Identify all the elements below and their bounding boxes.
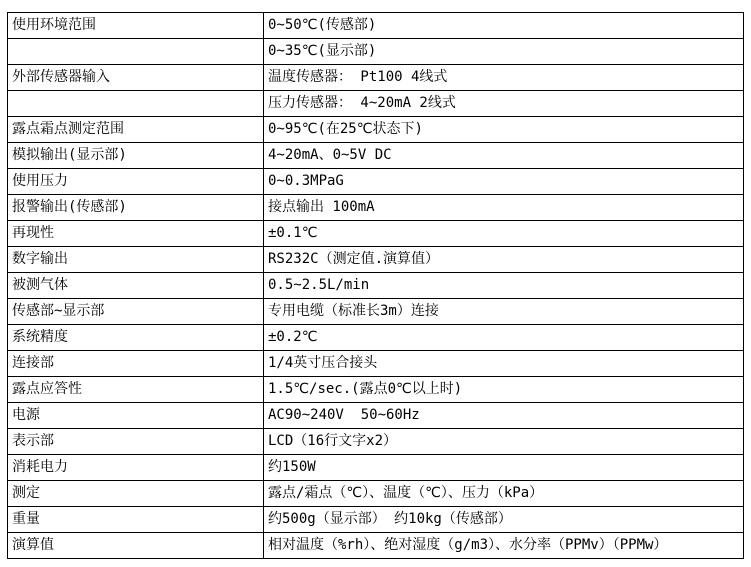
spec-value: AC90~240V 50~60Hz	[264, 403, 744, 429]
spec-label: 电源	[8, 403, 264, 429]
table-row: 连接部 1/4英寸压合接头	[8, 351, 744, 377]
spec-value: 相对温度（%rh）、绝对湿度（g/m3）、水分率（PPMv）（PPMw）	[264, 533, 744, 559]
spec-label: 外部传感器输入	[8, 65, 264, 91]
spec-value: 约500g（显示部） 约10kg（传感部）	[264, 507, 744, 533]
page: 使用环境范围 0~50℃(传感部) 0~35℃(显示部) 外部传感器输入 温度传…	[0, 0, 751, 567]
table-row: 系统精度 ±0.2℃	[8, 325, 744, 351]
table-row: 再现性 ±0.1℃	[8, 221, 744, 247]
spec-table-body: 使用环境范围 0~50℃(传感部) 0~35℃(显示部) 外部传感器输入 温度传…	[8, 13, 744, 559]
spec-label: 再现性	[8, 221, 264, 247]
spec-value: 0.5~2.5L/min	[264, 273, 744, 299]
spec-label: 测定	[8, 481, 264, 507]
spec-label	[8, 39, 264, 65]
spec-label: 传感部~显示部	[8, 299, 264, 325]
spec-label: 系统精度	[8, 325, 264, 351]
table-row: 电源 AC90~240V 50~60Hz	[8, 403, 744, 429]
table-row: 测定 露点/霜点（℃）、温度（℃）、压力（kPa）	[8, 481, 744, 507]
spec-value: 4~20mA、0~5V DC	[264, 143, 744, 169]
spec-value: 接点输出 100mA	[264, 195, 744, 221]
table-row: 露点应答性 1.5℃/sec.(露点0℃以上时)	[8, 377, 744, 403]
spec-label: 使用压力	[8, 169, 264, 195]
table-row: 使用压力 0~0.3MPaG	[8, 169, 744, 195]
table-row: 报警输出(传感部) 接点输出 100mA	[8, 195, 744, 221]
spec-value: 专用电缆（标准长3m）连接	[264, 299, 744, 325]
spec-label: 被测气体	[8, 273, 264, 299]
spec-label: 数字输出	[8, 247, 264, 273]
spec-value: 0~0.3MPaG	[264, 169, 744, 195]
spec-value: 约150W	[264, 455, 744, 481]
table-row: 消耗电力 约150W	[8, 455, 744, 481]
table-row: 0~35℃(显示部)	[8, 39, 744, 65]
spec-value: 温度传感器： Pt100 4线式	[264, 65, 744, 91]
spec-label: 露点霜点测定范围	[8, 117, 264, 143]
spec-value: ±0.2℃	[264, 325, 744, 351]
spec-value: 露点/霜点（℃）、温度（℃）、压力（kPa）	[264, 481, 744, 507]
spec-label: 使用环境范围	[8, 13, 264, 39]
table-row: 使用环境范围 0~50℃(传感部)	[8, 13, 744, 39]
spec-label: 露点应答性	[8, 377, 264, 403]
spec-value: 1/4英寸压合接头	[264, 351, 744, 377]
spec-label: 消耗电力	[8, 455, 264, 481]
spec-label	[8, 91, 264, 117]
spec-label: 重量	[8, 507, 264, 533]
spec-value: LCD（16行文字x2）	[264, 429, 744, 455]
spec-label: 报警输出(传感部)	[8, 195, 264, 221]
spec-label: 表示部	[8, 429, 264, 455]
table-row: 被测气体 0.5~2.5L/min	[8, 273, 744, 299]
table-row: 数字输出 RS232C（测定值.演算值）	[8, 247, 744, 273]
spec-value: 0~50℃(传感部)	[264, 13, 744, 39]
spec-value: 0~35℃(显示部)	[264, 39, 744, 65]
table-row: 演算值 相对温度（%rh）、绝对湿度（g/m3）、水分率（PPMv）（PPMw）	[8, 533, 744, 559]
spec-value: 1.5℃/sec.(露点0℃以上时)	[264, 377, 744, 403]
table-row: 露点霜点测定范围 0~95℃(在25℃状态下)	[8, 117, 744, 143]
spec-value: 0~95℃(在25℃状态下)	[264, 117, 744, 143]
table-row: 压力传感器： 4~20mA 2线式	[8, 91, 744, 117]
table-row: 表示部 LCD（16行文字x2）	[8, 429, 744, 455]
spec-table: 使用环境范围 0~50℃(传感部) 0~35℃(显示部) 外部传感器输入 温度传…	[7, 12, 744, 559]
table-row: 传感部~显示部 专用电缆（标准长3m）连接	[8, 299, 744, 325]
spec-label: 连接部	[8, 351, 264, 377]
spec-label: 演算值	[8, 533, 264, 559]
spec-value: ±0.1℃	[264, 221, 744, 247]
spec-value: RS232C（测定值.演算值）	[264, 247, 744, 273]
table-row: 模拟输出(显示部) 4~20mA、0~5V DC	[8, 143, 744, 169]
spec-label: 模拟输出(显示部)	[8, 143, 264, 169]
spec-value: 压力传感器： 4~20mA 2线式	[264, 91, 744, 117]
table-row: 外部传感器输入 温度传感器： Pt100 4线式	[8, 65, 744, 91]
table-row: 重量 约500g（显示部） 约10kg（传感部）	[8, 507, 744, 533]
